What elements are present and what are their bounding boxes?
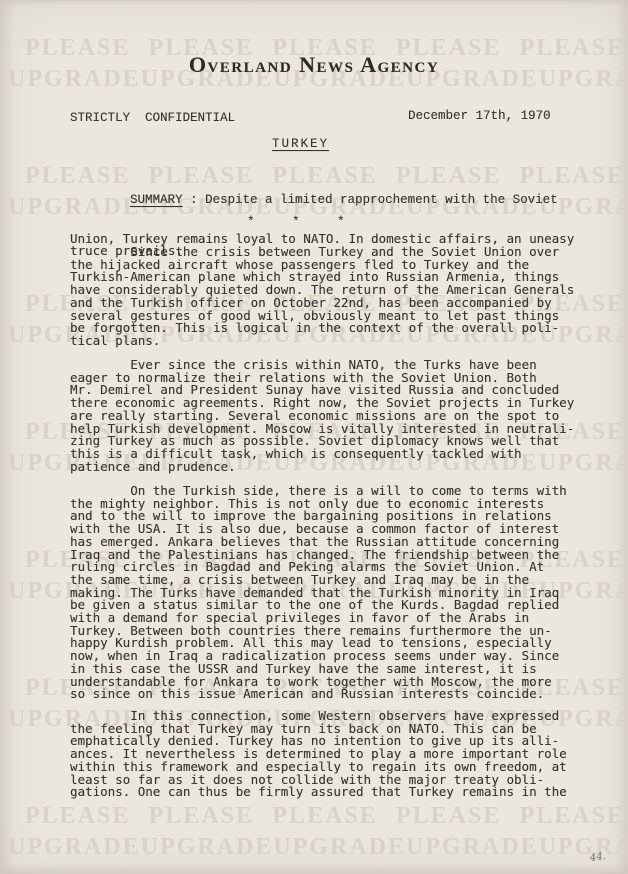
watermark-word: UPGRADE <box>141 833 274 862</box>
scanned-document-page: PLEASEPLEASEPLEASEPLEASEPLEASEUPGRADEUPG… <box>0 0 628 874</box>
paragraph-3: On the Turkish side, there is a will to … <box>70 485 567 701</box>
watermark-line: UPGRADEUPGRADEUPGRADEUPGRADEUPGRADE <box>0 833 628 862</box>
document-date: December 17th, 1970 <box>408 110 551 123</box>
watermark-word: PLEASE <box>25 802 130 831</box>
watermark-word: PLEASE <box>149 802 254 831</box>
paragraph-2: Ever since the crisis within NATO, the T… <box>70 359 574 473</box>
watermark-word: UPGRADE <box>273 833 406 862</box>
paragraph-1: Since the crisis between Turkey and the … <box>70 246 574 348</box>
watermark-word: UPGRADE <box>8 833 141 862</box>
classification-label: STRICTLY CONFIDENTIAL <box>70 112 235 125</box>
paragraph-4: In this connection, some Western observe… <box>70 710 567 799</box>
handwritten-page-number: 44. <box>589 851 606 864</box>
document-title: TURKEY <box>272 138 329 151</box>
summary-first-line: SUMMARY : Despite a limited rapprochemen… <box>70 194 574 207</box>
watermark-word: UPGRADE <box>539 833 628 862</box>
summary-label: SUMMARY <box>130 193 183 207</box>
watermark-word: PLEASE <box>396 802 501 831</box>
agency-name: Overland News Agency <box>0 52 628 78</box>
watermark-word: UPGRADE <box>406 833 539 862</box>
summary-first-line-rest: : Despite a limited rapprochement with t… <box>183 193 558 207</box>
summary-indent <box>70 193 130 207</box>
watermark-word: PLEASE <box>272 802 377 831</box>
watermark-line: PLEASEPLEASEPLEASEPLEASEPLEASE <box>0 802 628 831</box>
watermark-word: PLEASE <box>520 802 625 831</box>
section-separator: * * * <box>247 216 345 229</box>
